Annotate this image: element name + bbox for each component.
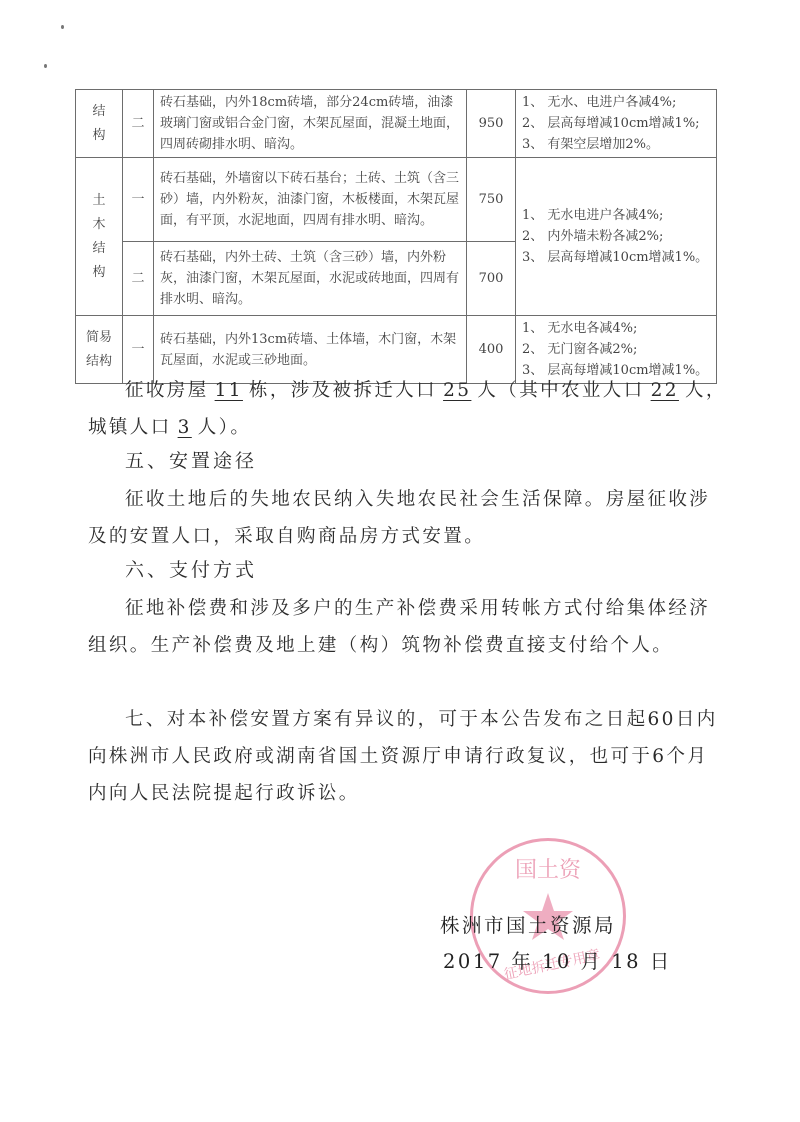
summary-text: 人）。 [198,417,251,438]
table-row: 土木结构 一 砖石基础，外墙窗以下砖石基台；土砖、土筑（含三砂）墙，内外粉灰，油… [76,158,717,242]
summary-text: 人（其中农业人口 [477,380,644,401]
note-line: 1、 无水电各减4%; [522,318,710,339]
grade-cell: 二 [123,242,154,316]
category-label: 简易结构 [84,326,114,374]
note-line: 3、 层高每增减10cm增减1%。 [522,247,710,268]
description-cell: 砖石基础，内外土砖、土筑（含三砂）墙，内外粉灰，油漆门窗，木架瓦屋面，水泥或砖地… [154,242,467,316]
category-cell: 结构 [76,90,123,158]
population-summary: 征收房屋11栋，涉及被拆迁人口25人（其中农业人口22人，城镇人口3人）。 [88,372,728,446]
note-line: 1、 无水电进户各减4%; [522,205,710,226]
section-body-payment: 征地补偿费和涉及多户的生产补偿费采用转帐方式付给集体经济组织。生产补偿费及地上建… [88,590,728,664]
compensation-table: 结构 二 砖石基础，内外18cm砖墙，部分24cm砖墙，油漆玻璃门窗或铝合金门窗… [75,89,717,384]
category-cell: 土木结构 [76,158,123,316]
issue-date: 2017 年 10 月 18 日 [443,946,672,974]
note-line: 2、 层高每增减10cm增减1%; [522,113,710,134]
summary-text: 栋，涉及被拆迁人口 [249,380,437,401]
description-cell: 砖石基础，外墙窗以下砖石基台；土砖、土筑（含三砂）墙，内外粉灰，油漆门窗，木板楼… [154,158,467,242]
section-body-resettlement: 征收土地后的失地农民纳入失地农民社会生活保障。房屋征收涉及的安置人口，采取自购商… [88,481,728,555]
note-line: 3、 有架空层增加2%。 [522,134,710,155]
category-label: 土木结构 [92,189,106,285]
notes-cell: 1、 无水电进户各减4%; 2、 内外墙未粉各减2%; 3、 层高每增减10cm… [516,158,717,316]
notes-cell: 1、 无水、电进户各减4%; 2、 层高每增减10cm增减1%; 3、 有架空层… [516,90,717,158]
section-body-appeal: 七、对本补偿安置方案有异议的，可于本公告发布之日起60日内向株洲市人民政府或湖南… [88,701,728,812]
summary-text: 征收房屋 [125,380,209,401]
house-count: 11 [209,380,249,401]
category-label: 结构 [92,100,106,148]
urban-count: 3 [172,417,198,438]
scan-speck [44,64,47,68]
agricultural-count: 22 [645,380,685,401]
table-row: 结构 二 砖石基础，内外18cm砖墙，部分24cm砖墙，油漆玻璃门窗或铝合金门窗… [76,90,717,158]
issuing-organization: 株洲市国土资源局 [440,910,616,938]
price-cell: 700 [467,242,516,316]
section-heading-resettlement: 五、安置途径 [125,446,257,473]
section-heading-payment: 六、支付方式 [125,555,257,582]
grade-cell: 二 [123,90,154,158]
price-cell: 950 [467,90,516,158]
note-line: 2、 内外墙未粉各减2%; [522,226,710,247]
description-cell: 砖石基础，内外18cm砖墙，部分24cm砖墙，油漆玻璃门窗或铝合金门窗，木架瓦屋… [154,90,467,158]
note-line: 1、 无水、电进户各减4%; [522,92,710,113]
scan-speck [61,25,64,29]
seal-top-text: 国土资 [515,858,582,883]
grade-cell: 一 [123,158,154,242]
people-count: 25 [437,380,477,401]
note-line: 2、 无门窗各减2%; [522,339,710,360]
price-cell: 750 [467,158,516,242]
